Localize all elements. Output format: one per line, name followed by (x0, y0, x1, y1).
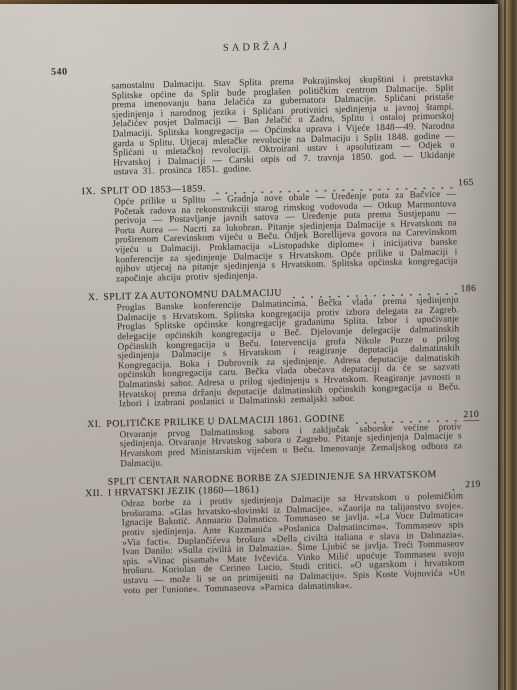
book-page-photo: SADRŽAJ 540 samostalnu Dalmaciju. Stav S… (0, 0, 517, 690)
entry-description: Odraz borbe za i protiv sjedinjenja Dalm… (121, 493, 465, 597)
entry-numeral: X. (72, 292, 98, 304)
entry-page-number: 219 (465, 479, 481, 490)
entry-numeral: IX. (70, 186, 96, 198)
entry-numeral: XI. (75, 419, 101, 431)
page-content: SADRŽAJ 540 samostalnu Dalmaciju. Stav S… (0, 0, 517, 690)
toc-entry: X. SPLIT ZA AUTONOMNU DALMACIJU 186 Prog… (72, 283, 479, 411)
toc-entry: XI. POLITIČKE PRILIKE U DALMACIJI 1861. … (75, 409, 480, 471)
contents-title: SADRŽAJ (96, 38, 416, 57)
table-of-contents: samostalnu Dalmaciju. Stav Splita prema … (67, 74, 483, 598)
entry-page-number: 210 (463, 409, 479, 421)
toc-entry: XII. SPLIT CENTAR NARODNE BORBE ZA SJEDI… (77, 468, 484, 597)
dot-leader (448, 482, 462, 491)
entry-description: Otvaranje prvog Dalmatinskog sabora i za… (120, 423, 463, 469)
entry-page-number: 186 (460, 283, 476, 294)
folio-number: 540 (51, 67, 68, 78)
chapter-continuation-text: samostalnu Dalmaciju. Stav Splita prema … (111, 74, 455, 178)
toc-entry: IX. SPLIT OD 1853—1859. 165 Opće prilike… (70, 177, 476, 286)
entry-description: Proglas Banske konferencije Dalmatincima… (117, 297, 461, 411)
entry-page-number: 165 (458, 177, 474, 188)
entry-description: Opće prilike u Splitu — Gradnja nove oba… (114, 190, 458, 284)
page-sheet: SADRŽAJ 540 samostalnu Dalmaciju. Stav S… (0, 4, 498, 690)
entry-numeral: XII. (77, 488, 103, 500)
